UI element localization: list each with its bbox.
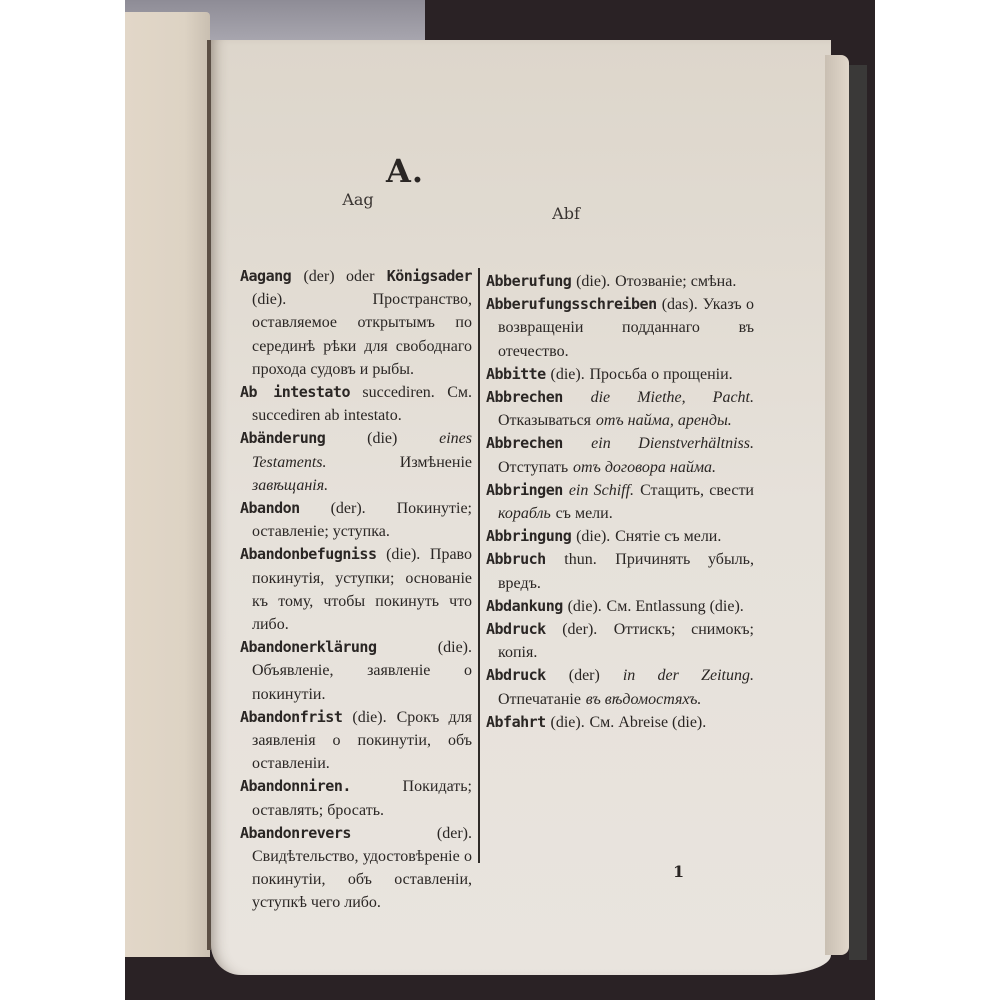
- headword: Abandonniren.: [240, 777, 351, 795]
- translation: Стащить, свести: [640, 482, 754, 499]
- translation-tail: съ мели.: [556, 505, 613, 522]
- page-text: A. Aag Abf Aagang (der) oder Königsader …: [0, 0, 1000, 1000]
- grammar: (die).: [386, 546, 420, 563]
- translation: Снятіе съ мели.: [615, 528, 721, 545]
- headword: Abandonbefugniss: [240, 545, 377, 563]
- translation: Свидѣтельство, удостовѣреніе о покинутіи…: [252, 848, 472, 911]
- headword: Abdruck: [486, 620, 546, 638]
- dictionary-entry: Abbrechen ein Dienstverhältniss. Отступа…: [486, 432, 754, 478]
- grammar: (der) oder: [303, 268, 374, 285]
- headword: Abbrechen: [486, 434, 563, 452]
- dictionary-entry: Abandonfrist (die). Срокъ для заявленія …: [240, 706, 472, 776]
- dictionary-entry: Abdankung (die). См. Entlassung (die).: [486, 595, 754, 618]
- dictionary-entry: Abbringung (die). Снятіе съ мели.: [486, 525, 754, 548]
- column-divider: [478, 268, 480, 863]
- grammar: (die).: [438, 639, 472, 656]
- headword: Abandonerklärung: [240, 638, 377, 656]
- right-column-header: Abf: [486, 204, 646, 223]
- grammar: (die).: [576, 528, 610, 545]
- translation-italic: завѣщанія.: [252, 477, 328, 494]
- dictionary-entry: Abbitte (die). Просьба о прощеніи.: [486, 363, 754, 386]
- headword: Aagang: [240, 267, 291, 285]
- grammar: (der): [569, 667, 600, 684]
- left-column: Aagang (der) oder Königsader (die). Прос…: [240, 265, 472, 915]
- grammar: (die).: [568, 598, 602, 615]
- dictionary-entry: Abberufungsschreiben (das). Указъ о возв…: [486, 293, 754, 363]
- headword: Abbringen: [486, 481, 563, 499]
- dictionary-entry: Abandon (der). Покинутіе; оставленіе; ус…: [240, 497, 472, 543]
- dictionary-entry: Abbringen ein Schiff. Стащить, свести ко…: [486, 479, 754, 525]
- usage: die Miethe, Pacht.: [591, 389, 754, 406]
- dictionary-entry: Abbrechen die Miethe, Pacht. Отказыватьс…: [486, 386, 754, 432]
- grammar: thun.: [564, 551, 596, 568]
- headword: Abdruck: [486, 666, 546, 684]
- headword: Abbruch: [486, 550, 546, 568]
- headword: Abfahrt: [486, 713, 546, 731]
- translation: Просьба о прощеніи.: [589, 366, 732, 383]
- translation-italic: отъ договора найма.: [573, 459, 716, 476]
- right-column: Abberufung (die). Отозваніе; смѣна. Abbe…: [486, 270, 754, 734]
- translation: См. Abreise (die).: [589, 714, 706, 731]
- grammar: (die).: [576, 273, 610, 290]
- grammar: (die).: [551, 714, 585, 731]
- grammar: (der).: [562, 621, 597, 638]
- dictionary-entry: Abandonbefugniss (die). Право покинутія,…: [240, 543, 472, 636]
- dictionary-entry: Abdruck (der) in der Zeitung. Отпечатані…: [486, 664, 754, 710]
- translation: Отозваніе; смѣна.: [615, 273, 736, 290]
- translation-italic: отъ найма, аренды.: [596, 412, 732, 429]
- dictionary-entry: Ab intestato succediren. См. succediren …: [240, 381, 472, 427]
- translation: Объявленіе, заявленіе о покинутіи.: [252, 662, 472, 702]
- grammar: (die).: [551, 366, 585, 383]
- grammar: succediren.: [362, 384, 434, 401]
- headword: Abdankung: [486, 597, 563, 615]
- dictionary-entry: Abfahrt (die). См. Abreise (die).: [486, 711, 754, 734]
- headword: Königsader: [387, 267, 472, 285]
- section-letter: A.: [386, 152, 424, 190]
- dictionary-entry: Abänderung (die) eines Testaments. Измѣн…: [240, 427, 472, 497]
- translation: Отступать: [498, 459, 568, 476]
- dictionary-entry: Abandonniren. Покидать; оставлять; броса…: [240, 775, 472, 821]
- left-column-header: Aag: [244, 190, 472, 209]
- headword: Abandonfrist: [240, 708, 342, 726]
- dictionary-entry: Abandonerklärung (die). Объявленіе, заяв…: [240, 636, 472, 706]
- headword: Abandonrevers: [240, 824, 351, 842]
- grammar: (die): [367, 430, 397, 447]
- headword: Abberufung: [486, 272, 571, 290]
- grammar: (der).: [437, 825, 472, 842]
- headword: Abbitte: [486, 365, 546, 383]
- dictionary-entry: Abbruch thun. Причинять убыль, вредъ.: [486, 548, 754, 594]
- usage: ein Dienstverhältniss.: [591, 435, 754, 452]
- headword: Abbringung: [486, 527, 571, 545]
- page-number: 1: [673, 862, 684, 881]
- translation: Измѣненіе: [400, 454, 472, 471]
- usage: in der Zeitung.: [623, 667, 754, 684]
- translation: Отпечатаніе: [498, 691, 581, 708]
- usage: ein Schiff.: [569, 482, 634, 499]
- headword: Abbrechen: [486, 388, 563, 406]
- translation-italic: корабль: [498, 505, 551, 522]
- dictionary-entry: Abdruck (der). Оттискъ; снимокъ; копія.: [486, 618, 754, 664]
- dictionary-entry: Aagang (der) oder Königsader (die). Прос…: [240, 265, 472, 381]
- headword: Abberufungsschreiben: [486, 295, 657, 313]
- dictionary-entry: Abandonrevers (der). Свидѣтельство, удос…: [240, 822, 472, 915]
- translation-italic: въ вѣдомостяхъ.: [586, 691, 702, 708]
- grammar: (der).: [331, 500, 366, 517]
- headword: Ab intestato: [240, 383, 350, 401]
- grammar: (die).: [252, 291, 286, 308]
- headword: Abänderung: [240, 429, 325, 447]
- headword: Abandon: [240, 499, 300, 517]
- translation: Отказываться: [498, 412, 591, 429]
- grammar: (die).: [352, 709, 386, 726]
- translation: См. Entlassung (die).: [607, 598, 744, 615]
- grammar: (das).: [662, 296, 698, 313]
- dictionary-entry: Abberufung (die). Отозваніе; смѣна.: [486, 270, 754, 293]
